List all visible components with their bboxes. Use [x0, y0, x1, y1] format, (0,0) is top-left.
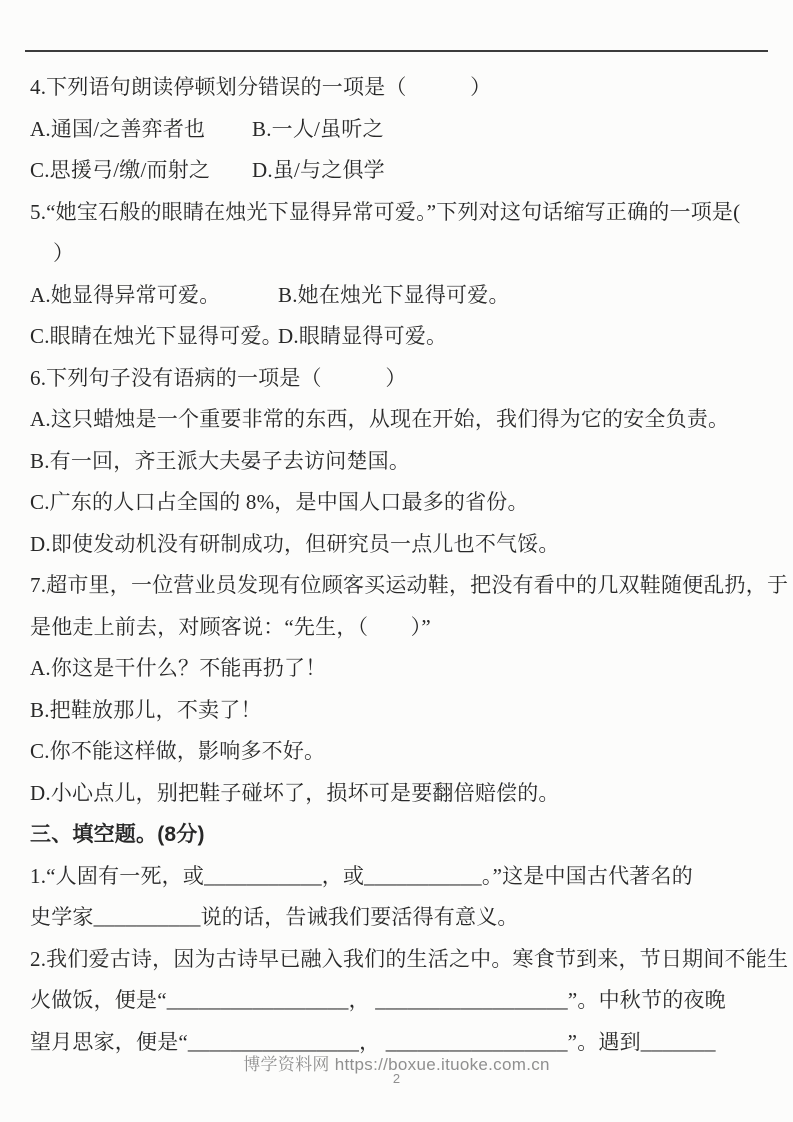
question-7-option-c: C.你不能这样做，影响多不好。	[30, 731, 765, 773]
question-7-option-d: D.小心点儿，别把鞋子碰坏了，损坏可是要翻倍赔偿的。	[30, 773, 765, 815]
page-footer: 博学资料网 https://boxue.ituoke.com.cn 2	[0, 1054, 793, 1086]
question-4-options-cd: C.思援弓/缴/而射之D.虽/与之俱学	[30, 150, 765, 192]
question-4-stem: 4.下列语句朗读停顿划分错误的一项是（ ）	[30, 67, 765, 109]
header-divider	[25, 50, 768, 52]
question-4-option-c: C.思援弓/缴/而射之	[30, 150, 252, 192]
question-5-options-cd: C.眼睛在烛光下显得可爱。D.眼睛显得可爱。	[30, 316, 765, 358]
question-5-option-a: A.她显得异常可爱。	[30, 275, 278, 317]
question-5-options-ab: A.她显得异常可爱。B.她在烛光下显得可爱。	[30, 275, 765, 317]
question-7-stem-line2: 是他走上前去，对顾客说：“先生，（ ）”	[30, 607, 765, 649]
fill-question-1-line2: 史学家__________说的话，告诫我们要活得有意义。	[30, 897, 765, 939]
question-5-option-d: D.眼睛显得可爱。	[278, 324, 447, 348]
question-6-option-c: C.广东的人口占全国的 8%，是中国人口最多的省份。	[30, 482, 765, 524]
question-6-stem: 6.下列句子没有语病的一项是（ ）	[30, 358, 765, 400]
exam-content: 4.下列语句朗读停顿划分错误的一项是（ ） A.通国/之善弈者也B.一人/虽听之…	[30, 67, 765, 1063]
question-7-stem-line1: 7.超市里，一位营业员发现有位顾客买运动鞋，把没有看中的几双鞋随便乱扔，于	[30, 565, 765, 607]
page-number: 2	[0, 1071, 793, 1086]
question-7-option-a: A.你这是干什么？不能再扔了！	[30, 648, 765, 690]
question-5-option-c: C.眼睛在烛光下显得可爱。	[30, 316, 278, 358]
exam-page: 4.下列语句朗读停顿划分错误的一项是（ ） A.通国/之善弈者也B.一人/虽听之…	[0, 0, 793, 1122]
question-4-option-d: D.虽/与之俱学	[252, 158, 385, 182]
question-5-stem-line2: ）	[30, 233, 765, 275]
question-4-option-a: A.通国/之善弈者也	[30, 109, 252, 151]
question-6-option-b: B.有一回，齐王派大夫晏子去访问楚国。	[30, 441, 765, 483]
question-4-options-ab: A.通国/之善弈者也B.一人/虽听之	[30, 109, 765, 151]
question-6-option-a: A.这只蜡烛是一个重要非常的东西，从现在开始，我们得为它的安全负责。	[30, 399, 765, 441]
section-3-heading: 三、填空题。(8分)	[30, 814, 765, 856]
fill-question-2-line1: 2.我们爱古诗，因为古诗早已融入我们的生活之中。寒食节到来，节日期间不能生	[30, 939, 765, 981]
question-5-option-b: B.她在烛光下显得可爱。	[278, 283, 510, 307]
question-7-option-b: B.把鞋放那儿，不卖了！	[30, 690, 765, 732]
fill-question-1-line1: 1.“人固有一死，或___________，或___________。”这是中国…	[30, 856, 765, 898]
fill-question-2-line2: 火做饭，便是“_________________， ______________…	[30, 980, 765, 1022]
question-6-option-d: D.即使发动机没有研制成功，但研究员一点儿也不气馁。	[30, 524, 765, 566]
question-4-option-b: B.一人/虽听之	[252, 117, 384, 141]
question-5-stem-line1: 5.“她宝石般的眼睛在烛光下显得异常可爱。”下列对这句话缩写正确的一项是(	[30, 192, 765, 234]
